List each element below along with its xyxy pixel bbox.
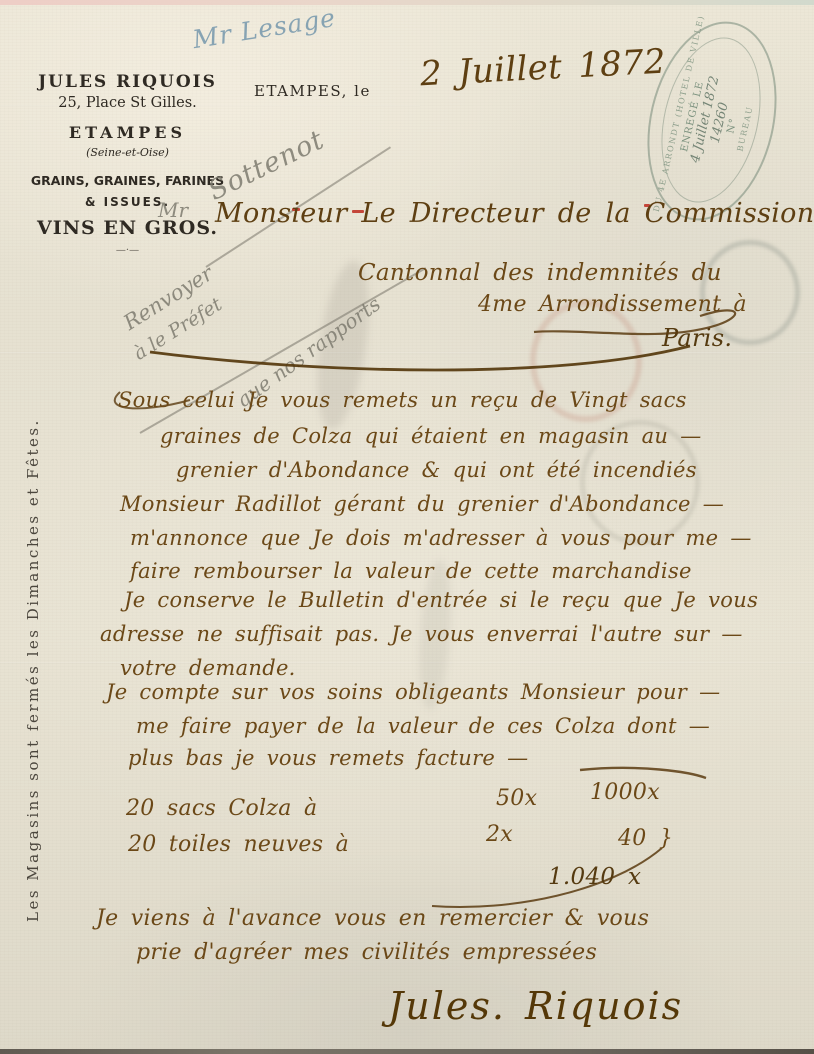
body-line: faire rembourser la valeur de cette marc… — [130, 559, 692, 583]
pencil-mr: Mr — [158, 198, 188, 222]
recipient-line-2: Cantonnal des indemnités du — [358, 260, 722, 286]
letterhead-trade1: GRAINS, GRAINES, FARINES — [30, 173, 225, 188]
body-line: plus bas je vous remets facture — — [128, 746, 528, 770]
registration-stamp: DU 4E ARRONDT (HOTEL DE VILLE) ENREGÉ LE… — [632, 18, 792, 223]
body-line: adresse ne suffisait pas. Je vous enverr… — [100, 622, 743, 646]
letter-page: JULES RIQUOIS 25, Place St Gilles. ETAMP… — [0, 0, 814, 1054]
invoice-row2-price: 2x — [486, 822, 513, 847]
recipient-line-1: Monsieur Le Directeur de la Commission — [215, 198, 814, 229]
invoice-row2-item: 20 toiles neuves à — [128, 832, 349, 857]
body-line: me faire payer de la valeur de ces Colza… — [136, 714, 710, 738]
invoice-total: 1.040 x — [548, 864, 641, 890]
closing-line: prie d'agréer mes civilités empressées — [136, 940, 597, 965]
body-line: m'annonce que Je dois m'adresser à vous … — [130, 526, 752, 550]
closing-line: Je viens à l'avance vous en remercier & … — [96, 906, 649, 931]
invoice-row1-item: 20 sacs Colza à — [126, 796, 317, 821]
signature: Jules. Riquois — [388, 984, 683, 1028]
body-line: Monsieur Radillot gérant du grenier d'Ab… — [120, 492, 724, 516]
recipient-line-3: 4me Arrondissement à — [478, 292, 747, 317]
letterhead: JULES RIQUOIS 25, Place St Gilles. ETAMP… — [30, 72, 225, 256]
body-line: Sous celui Je vous remets un reçu de Vin… — [118, 388, 687, 412]
letterhead-ornament: —·— — [30, 245, 225, 256]
body-line: votre demande. — [120, 656, 296, 680]
letterhead-department: (Seine-et-Oise) — [30, 146, 225, 159]
margin-note-vertical: Les Magasins sont fermés les Dimanches e… — [24, 352, 42, 922]
fold-crease — [0, 352, 814, 354]
body-line: Je compte sur vos soins obligeants Monsi… — [106, 680, 720, 704]
body-line: graines de Colza qui étaient en magasin … — [160, 424, 702, 448]
letterhead-trade3: VINS EN GROS. — [30, 217, 225, 239]
invoice-row1-price: 50x — [496, 786, 537, 811]
invoice-row2-amount: 40 } — [618, 826, 673, 851]
scan-edge-top — [0, 0, 814, 5]
invoice-row1-amount: 1000x — [590, 780, 660, 805]
letterhead-trade2: & ISSUES. — [30, 195, 225, 209]
body-line: Je conserve le Bulletin d'entrée si le r… — [124, 588, 758, 612]
letterhead-name: JULES RIQUOIS — [30, 72, 225, 92]
letterhead-city: ETAMPES — [30, 123, 225, 142]
dateline-printed: ETAMPES, le — [254, 82, 371, 100]
letterhead-address: 25, Place St Gilles. — [30, 95, 225, 111]
scan-edge-bottom — [0, 1049, 814, 1054]
recipient-line-4: Paris. — [662, 324, 732, 352]
body-line: grenier d'Abondance & qui ont été incend… — [176, 458, 697, 482]
